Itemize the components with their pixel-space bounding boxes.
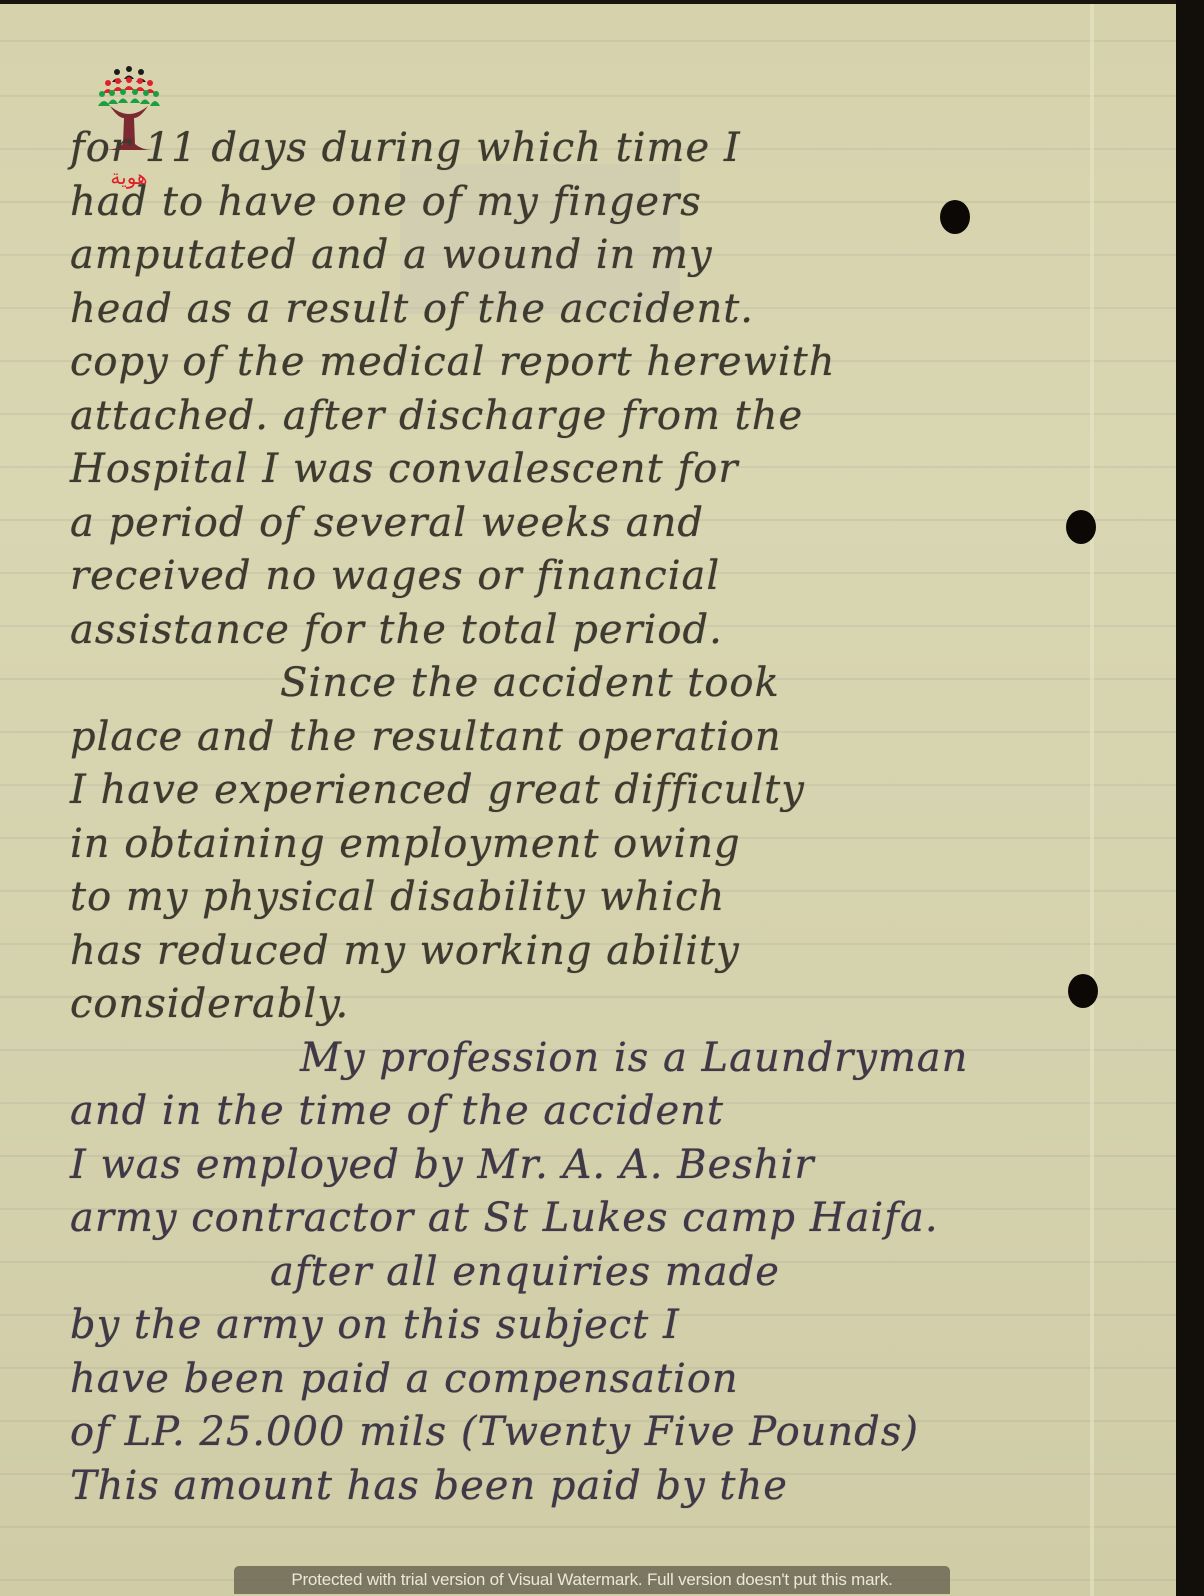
paragraph-start-line: Since the accident took	[70, 657, 1150, 711]
text-line: amputated and a wound in my	[70, 229, 1150, 283]
text-line: place and the resultant operation	[70, 711, 1150, 765]
text-line: head as a result of the accident.	[70, 283, 1150, 337]
text-line: had to have one of my fingers	[70, 176, 1150, 230]
text-line: a period of several weeks and	[70, 497, 1150, 551]
letter-page: هوية for 11 days during which time I had…	[0, 4, 1176, 1596]
text-line: of LP. 25.000 mils (Twenty Five Pounds)	[70, 1406, 1150, 1460]
text-line: considerably.	[70, 978, 1150, 1032]
text-line: I was employed by Mr. A. A. Beshir	[70, 1139, 1150, 1193]
text-line: to my physical disability which	[70, 871, 1150, 925]
text-line: and in the time of the accident	[70, 1085, 1150, 1139]
scan-border	[1176, 0, 1204, 1596]
text-line: by the army on this subject I	[70, 1299, 1150, 1353]
text-line: assistance for the total period.	[70, 604, 1150, 658]
handwritten-body: for 11 days during which time I had to h…	[70, 122, 1150, 1513]
text-line: for 11 days during which time I	[70, 122, 1150, 176]
text-line: have been paid a compensation	[70, 1353, 1150, 1407]
text-line: in obtaining employment owing	[70, 818, 1150, 872]
text-line: army contractor at St Lukes camp Haifa.	[70, 1192, 1150, 1246]
text-line: This amount has been paid by the	[70, 1460, 1150, 1514]
watermark-banner: Protected with trial version of Visual W…	[234, 1566, 950, 1594]
paragraph-start-line: after all enquiries made	[70, 1246, 1150, 1300]
text-line: I have experienced great difficulty	[70, 764, 1150, 818]
text-line: attached. after discharge from the	[70, 390, 1150, 444]
text-line: has reduced my working ability	[70, 925, 1150, 979]
paragraph-start-line: My profession is a Laundryman	[70, 1032, 1150, 1086]
text-line: Hospital I was convalescent for	[70, 443, 1150, 497]
text-line: received no wages or financial	[70, 550, 1150, 604]
text-line: copy of the medical report herewith	[70, 336, 1150, 390]
